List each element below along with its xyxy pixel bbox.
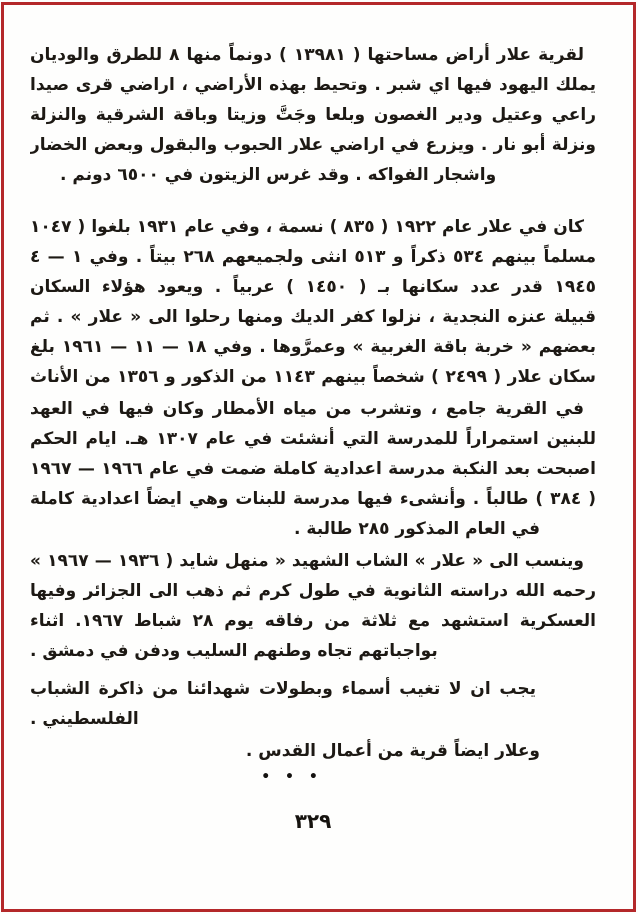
paragraph-land: لقرية علار أراض مساحتها ( ١٣٩٨١ ) دونماً…	[30, 40, 596, 190]
text-line: يجب ان لا تغيب أسماء وبطولات شهدائنا من …	[30, 674, 596, 704]
paragraph-remembrance: يجب ان لا تغيب أسماء وبطولات شهدائنا من …	[30, 674, 596, 734]
text-line: واشجار الفواكه . وقد غرس الزيتون في ٦٥٠٠…	[30, 160, 596, 190]
text-line: مسلماً بينهم ٥٣٤ ذكراً و ٥١٣ انثى ولجميع…	[30, 242, 596, 272]
text-line: بواجباتهم تجاه وطنهم السليب ودفن في دمشق…	[30, 636, 596, 666]
text-line: كان في علار عام ١٩٢٢ ( ٨٣٥ ) نسمة ، وفي …	[30, 212, 596, 242]
paragraph-closing-note: وعلار ايضاً قرية من أعمال القدس .	[30, 736, 596, 766]
text-line: سكان علار ( ٢٤٩٩ ) شخصاً بينهم ١١٤٣ من ا…	[30, 362, 596, 392]
text-line: رحمه الله دراسته الثانوية في طول كرم ثم …	[30, 576, 596, 606]
paragraph-mosque-schools: في القرية جامع ، وتشرب من مياه الأمطار و…	[30, 394, 596, 544]
text-line: راعي وعتيل ودير الغصون وبلعا وجَتَّ وزيت…	[30, 100, 596, 130]
text-line: قبيلة عنزه النجدية ، نزلوا كفر الديك ومن…	[30, 302, 596, 332]
text-line: يملك اليهود فيها اي شبر . وتحيط بهذه الأ…	[30, 70, 596, 100]
section-divider-dots: • • •	[9, 770, 575, 784]
text-line: ١٩٤٥ قدر عدد سكانها بـ ( ١٤٥٠ ) عربياً .…	[30, 272, 596, 302]
text-line: في العام المذكور ٢٨٥ طالبة .	[30, 514, 596, 544]
paragraph-population: كان في علار عام ١٩٢٢ ( ٨٣٥ ) نسمة ، وفي …	[30, 212, 596, 392]
text-line: ( ٣٨٤ ) طالباً . وأنشىء فيها مدرسة للبنا…	[30, 484, 596, 514]
text-line: وعلار ايضاً قرية من أعمال القدس .	[30, 736, 596, 766]
paragraph-martyr: وينسب الى « علار » الشاب الشهيد « منهل ش…	[30, 546, 596, 666]
book-page: لقرية علار أراض مساحتها ( ١٣٩٨١ ) دونماً…	[0, 0, 638, 914]
text-line: ونزلة أبو نار . ويزرع في اراضي علار الحب…	[30, 130, 596, 160]
text-line: اصبحت بعد النكبة مدرسة اعدادية كاملة ضمت…	[30, 454, 596, 484]
text-line: للبنين استمراراً للمدرسة التي أنشئت في ع…	[30, 424, 596, 454]
text-line: لقرية علار أراض مساحتها ( ١٣٩٨١ ) دونماً…	[30, 40, 596, 70]
text-line: في القرية جامع ، وتشرب من مياه الأمطار و…	[30, 394, 596, 424]
text-line: بعضهم « خربة باقة الغربية » وعمرَّوها . …	[30, 332, 596, 362]
text-line: الفلسطيني .	[30, 704, 596, 734]
page-body: لقرية علار أراض مساحتها ( ١٣٩٨١ ) دونماً…	[30, 40, 596, 832]
text-line: العسكرية استشهد مع ثلاثة من رفاقه يوم ٢٨…	[30, 606, 596, 636]
page-number: ٣٢٩	[30, 810, 596, 832]
text-line: وينسب الى « علار » الشاب الشهيد « منهل ش…	[30, 546, 596, 576]
